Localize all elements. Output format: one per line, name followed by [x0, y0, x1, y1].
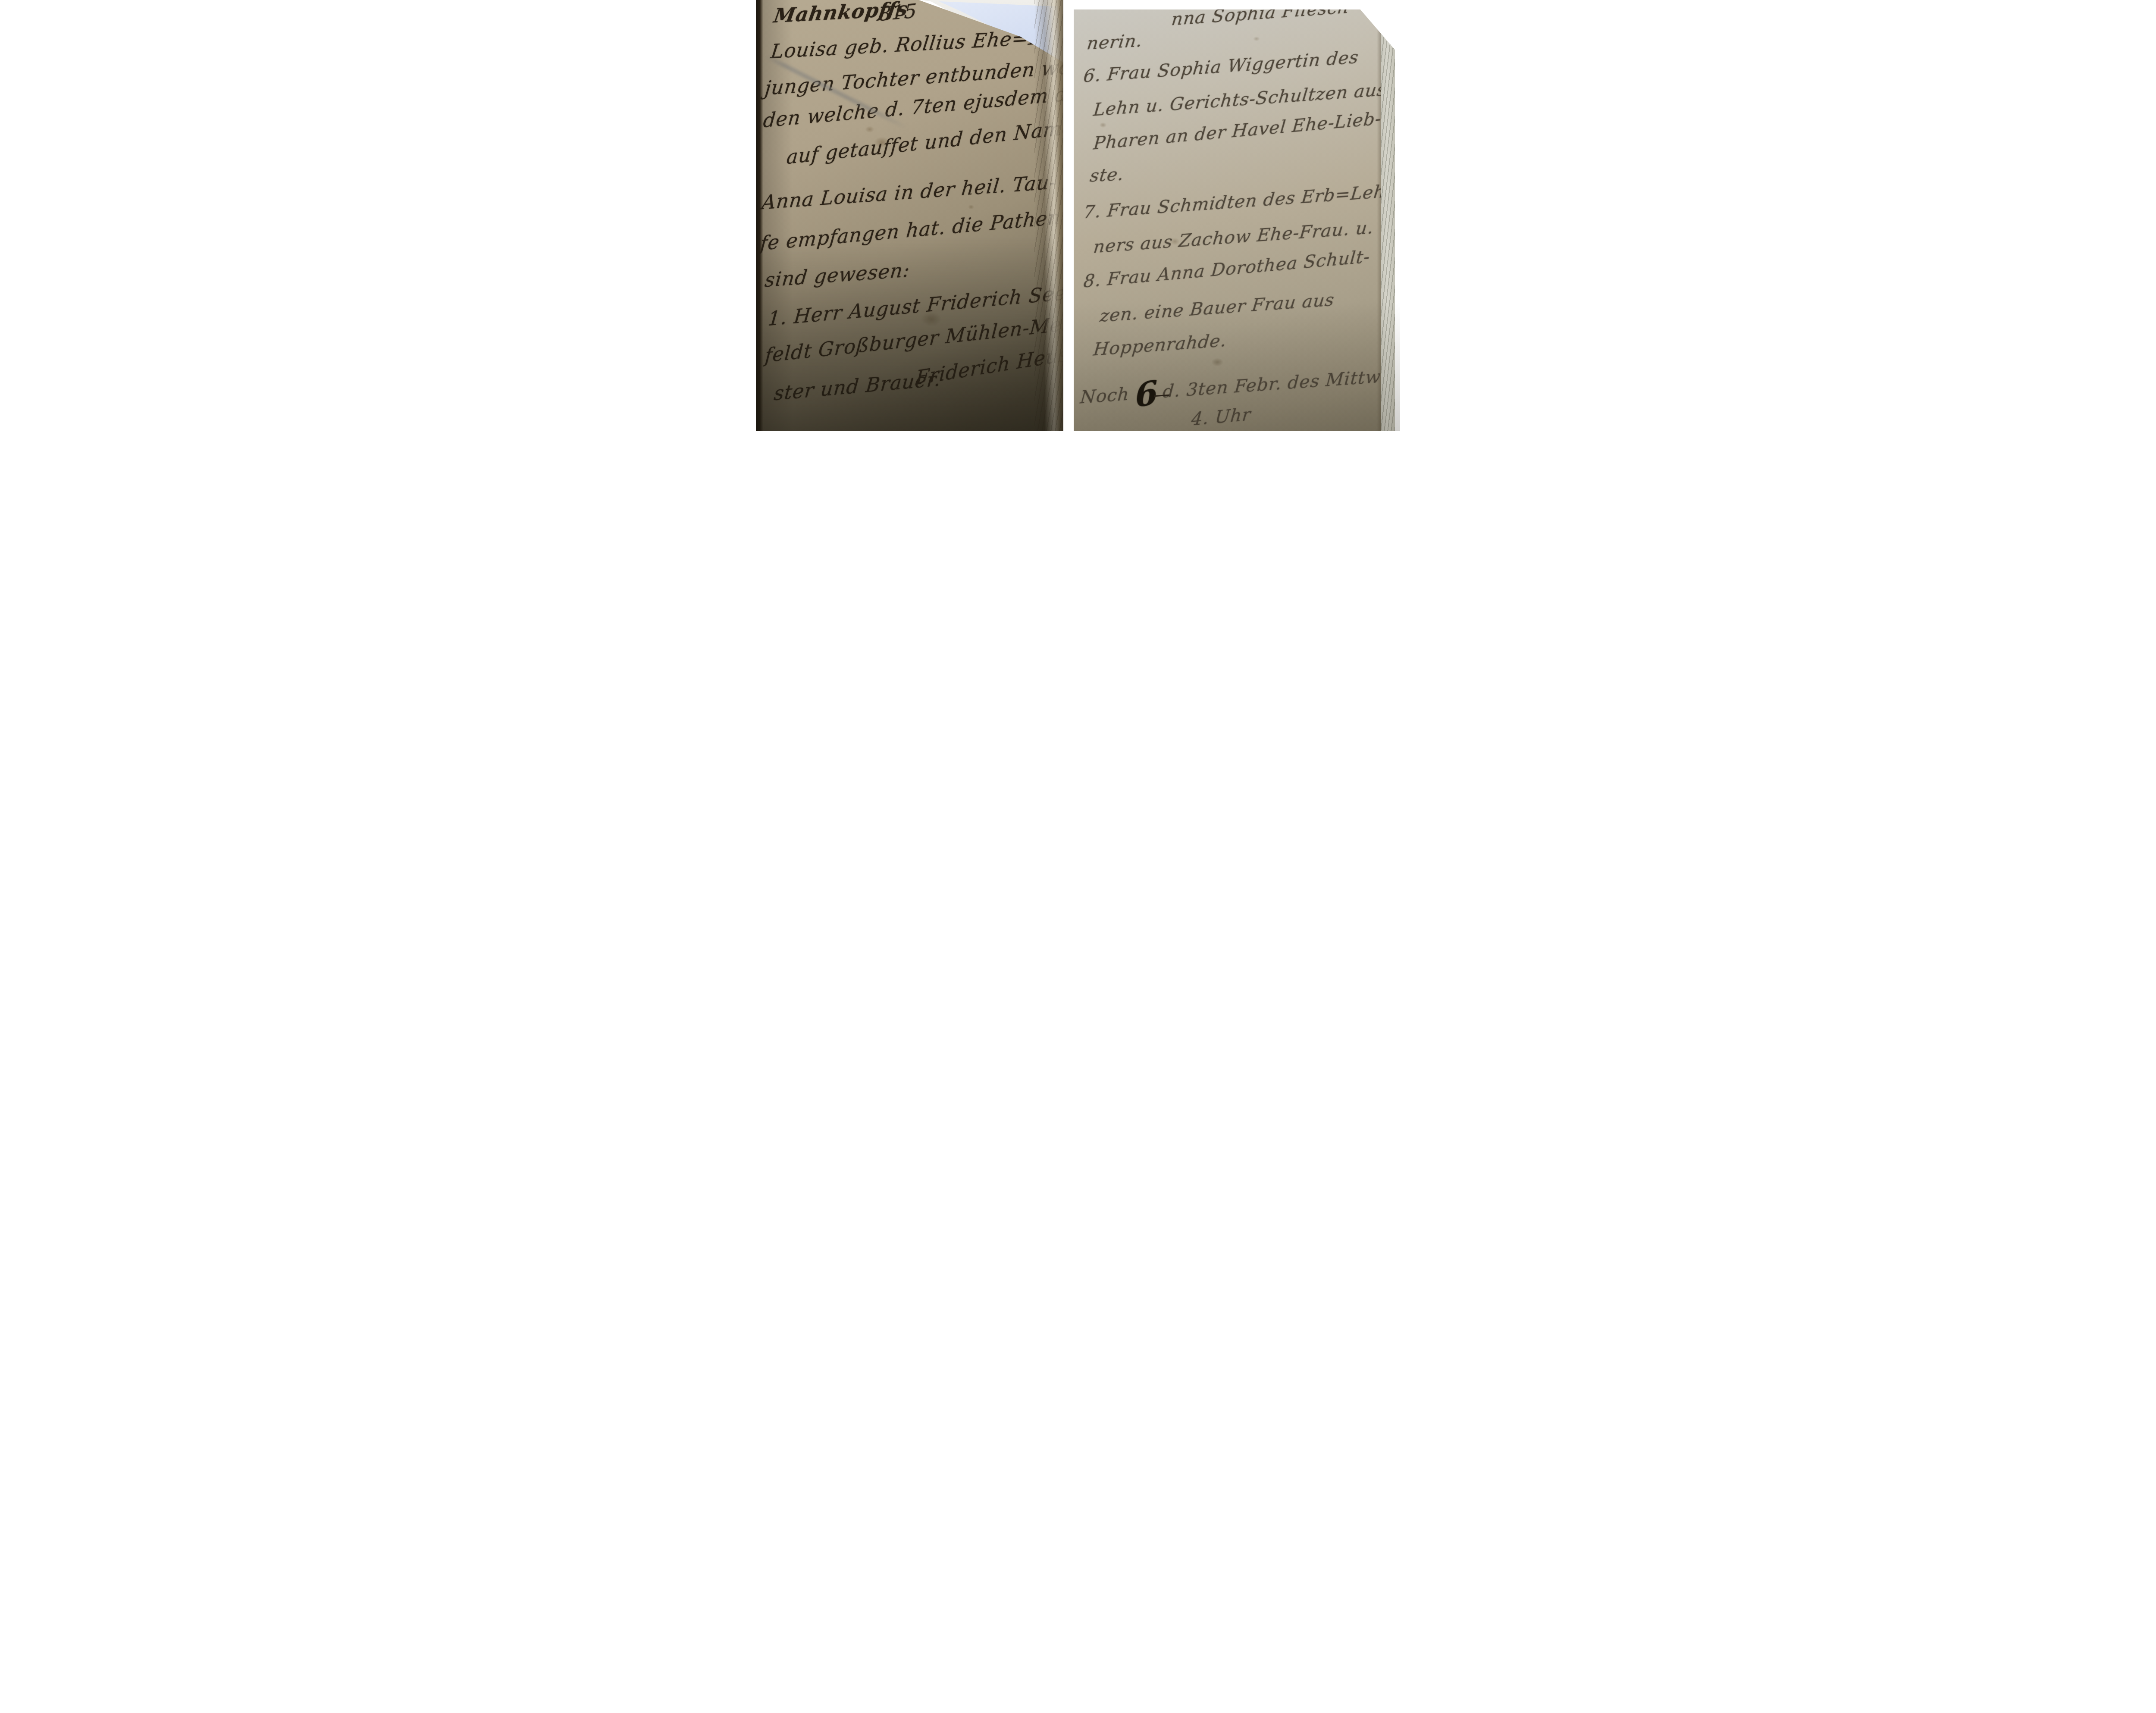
- book-cover-edge: [756, 0, 763, 431]
- handwriting-line: Hoppenrahde.: [1092, 329, 1228, 360]
- handwriting-line: 7. Frau Schmidten des Erb=Leh-: [1082, 180, 1393, 222]
- left-page-photo: Mahnkopffs 815 Louisa geb. Rollius Ehe=F…: [756, 0, 1064, 431]
- manuscript-photo: Mahnkopffs 815 Louisa geb. Rollius Ehe=F…: [756, 0, 1401, 431]
- page-number: 815: [878, 0, 918, 25]
- right-page: nna Sophia Filesch nerin. 6. Frau Sophia…: [1074, 0, 1400, 431]
- photo-divider: [1063, 0, 1074, 431]
- right-page-photo: nna Sophia Filesch nerin. 6. Frau Sophia…: [1074, 0, 1400, 431]
- gutter-curl: [1034, 0, 1064, 431]
- background-white-top: [1074, 0, 1400, 9]
- closing-word: Noch: [1080, 383, 1130, 407]
- handwriting-line: Anna Louisa in der heil. Tau-: [761, 170, 1058, 214]
- handwriting-line: ste.: [1089, 163, 1125, 186]
- inserted-numeral: 6: [1134, 373, 1159, 415]
- fore-edge-pages: [1381, 0, 1395, 431]
- handwriting-line: nerin.: [1086, 30, 1144, 53]
- handwriting-line: 6. Frau Sophia Wiggertin des: [1082, 46, 1360, 86]
- closing-date: d. 3ten Febr. des Mittwochs: [1162, 363, 1400, 402]
- handwriting-line: zen. eine Bauer Frau aus: [1099, 289, 1335, 326]
- background-white-edge: [1395, 0, 1400, 431]
- left-page: Mahnkopffs 815 Louisa geb. Rollius Ehe=F…: [756, 0, 1064, 431]
- handwriting-line: fe empfangen hat. die Pathen: [759, 206, 1062, 255]
- handwriting-line: sind gewesen:: [764, 258, 911, 291]
